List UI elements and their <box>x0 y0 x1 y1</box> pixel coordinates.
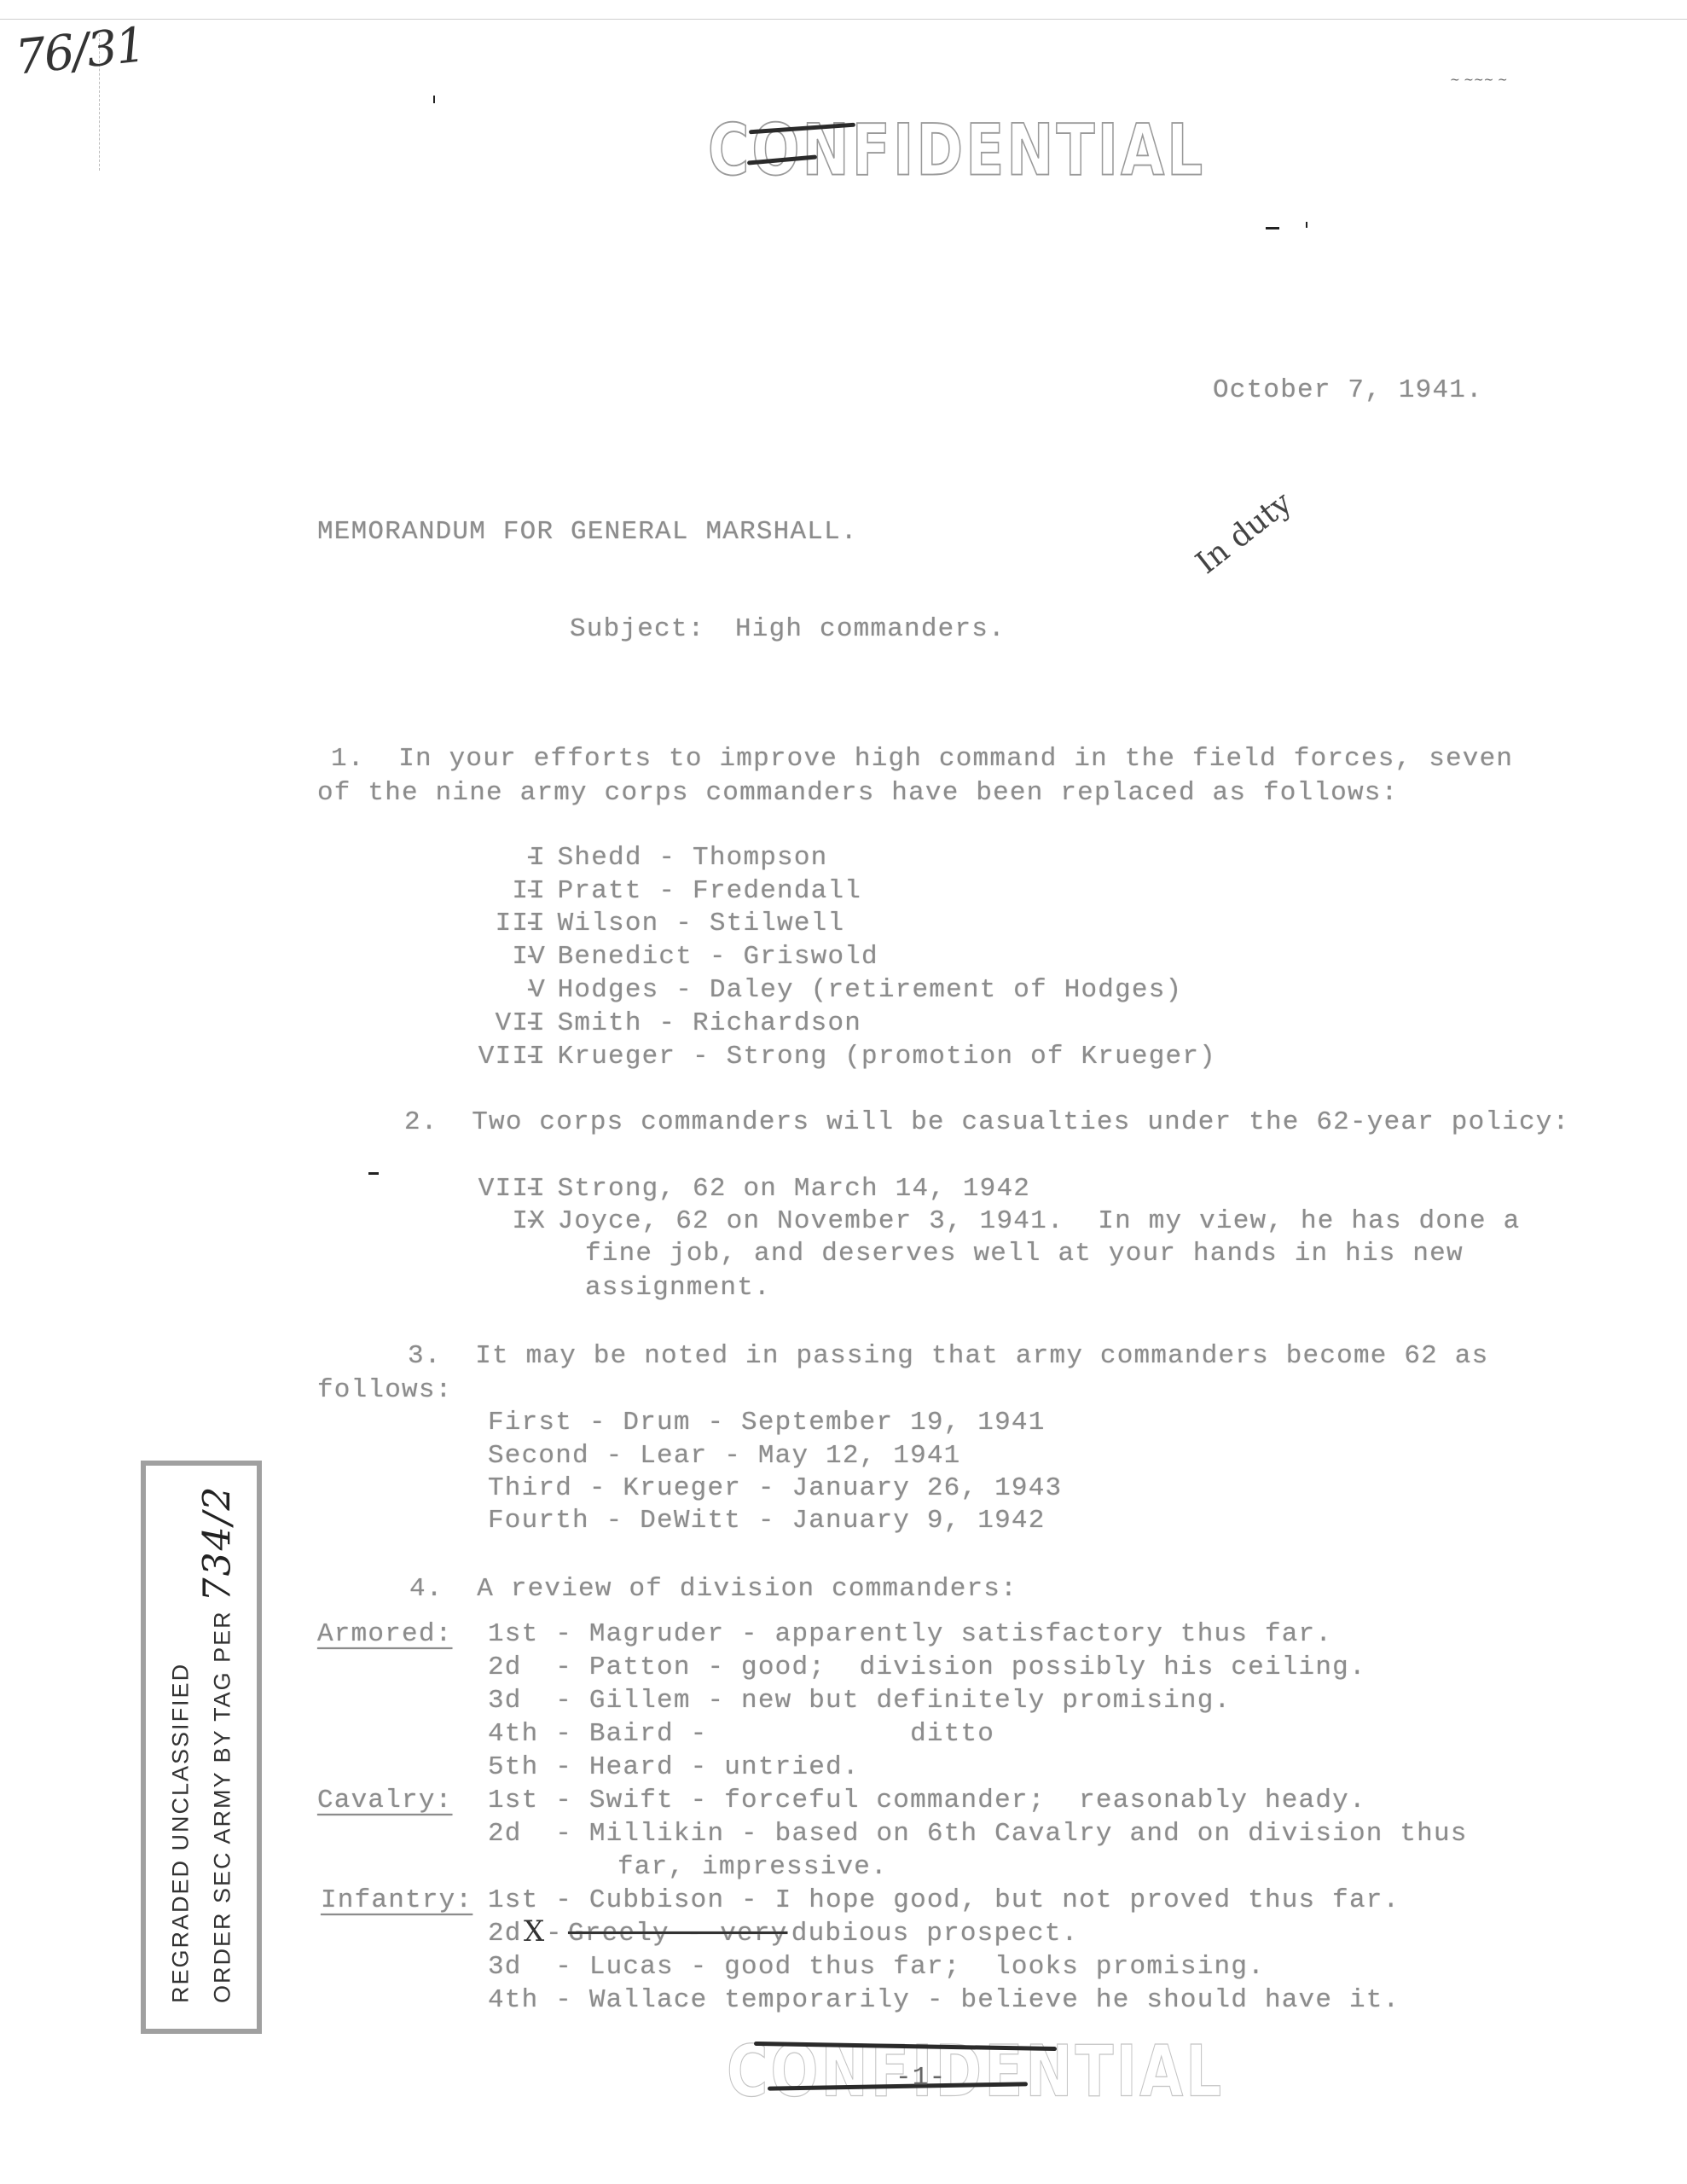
casualty-entry-cont: assignment. <box>585 1273 771 1303</box>
para1-line1: 1. In your efforts to improve high comma… <box>331 744 1513 774</box>
page-number: -1- <box>896 2063 946 2093</box>
pencil-mark <box>1306 222 1307 228</box>
subject-text: High commanders. <box>735 614 1006 644</box>
corps-change: - Smith - Richardson <box>524 1008 861 1038</box>
memo-addressee: MEMORANDUM FOR GENERAL MARSHALL. <box>317 517 858 547</box>
memo-date: October 7, 1941. <box>1213 375 1483 405</box>
dash: - <box>546 1919 563 1949</box>
division-entry: 2d - Patton - good; division possibly hi… <box>488 1653 1366 1682</box>
division-entry: 5th - Heard - untried. <box>488 1752 860 1782</box>
army-commander-entry: Second - Lear - May 12, 1941 <box>488 1441 961 1471</box>
division-entry: 1st - Magruder - apparently satisfactory… <box>488 1619 1332 1649</box>
division-entry: 1st - Swift - forceful commander; reason… <box>488 1786 1366 1815</box>
para4-line1: 4. A review of division commanders: <box>409 1574 1017 1604</box>
regrade-handwritten-number: 734/2 <box>196 1485 240 1602</box>
infantry-label: Infantry: <box>321 1885 472 1915</box>
division-entry: 2d - Millikin - based on 6th Cavalry and… <box>488 1819 1468 1849</box>
marginal-handwritten-note: In duty <box>1190 485 1299 581</box>
para3-line2: follows: <box>317 1375 452 1405</box>
memo-page: 76/31 ~ ~~~ ~ CONFIDENTIAL October 7, 19… <box>0 0 1687 2184</box>
corps-change: - Hodges - Daley (retirement of Hodges) <box>524 975 1182 1005</box>
casualty-entry: - Strong, 62 on March 14, 1942 <box>524 1174 1030 1204</box>
regrade-order-text: ORDER SEC ARMY BY TAG PER <box>210 1610 235 2003</box>
division-entry: 4th - Baird - ditto <box>488 1719 994 1749</box>
casualty-entry-cont: fine job, and deserves well at your hand… <box>585 1239 1464 1269</box>
army-commander-entry: First - Drum - September 19, 1941 <box>488 1408 1046 1438</box>
confidential-stamp-top: CONFIDENTIAL <box>708 109 1205 191</box>
handwritten-x-mark: X <box>524 1914 544 1949</box>
corps-change: - Shedd - Thompson <box>524 843 827 873</box>
army-commander-entry: Third - Krueger - January 26, 1943 <box>488 1473 1062 1503</box>
subject-label: Subject: <box>570 614 704 644</box>
para2-line1: 2. Two corps commanders will be casualti… <box>404 1107 1569 1137</box>
division-entry: 3d - Gillem - new but definitely promisi… <box>488 1686 1231 1716</box>
scan-top-edge <box>0 0 1687 20</box>
division-entry: 3d - Lucas - good thus far; looks promis… <box>488 1952 1265 1982</box>
pencil-mark <box>368 1172 379 1175</box>
cavalry-label: Cavalry: <box>317 1786 452 1815</box>
army-commander-entry: Fourth - DeWitt - January 9, 1942 <box>488 1506 1046 1536</box>
regraded-unclassified-stamp: REGRADED UNCLASSIFIED ORDER SEC ARMY BY … <box>141 1461 262 2034</box>
regrade-line-1: REGRADED UNCLASSIFIED <box>162 1474 200 2020</box>
division-entry-rest: dubious prospect. <box>774 1919 1078 1949</box>
armored-label: Armored: <box>317 1619 452 1649</box>
struck-out-name: Greely - very <box>568 1919 787 1949</box>
division-ordinal: 2d <box>488 1919 522 1949</box>
corps-change: - Wilson - Stilwell <box>524 909 844 938</box>
para1-line2: of the nine army corps commanders have b… <box>317 778 1398 808</box>
pencil-mark <box>433 96 435 103</box>
pencil-mark <box>1266 227 1279 229</box>
para3-line1: 3. It may be noted in passing that army … <box>408 1341 1488 1371</box>
division-entry-cont: far, impressive. <box>617 1852 888 1882</box>
casualty-entry: - Joyce, 62 on November 3, 1941. In my v… <box>524 1206 1520 1236</box>
file-number-annotation: 76/31 <box>13 17 147 85</box>
corps-change: - Krueger - Strong (promotion of Krueger… <box>524 1042 1216 1072</box>
regrade-line-2: ORDER SEC ARMY BY TAG PER734/2 <box>200 1474 241 2020</box>
corps-change: - Pratt - Fredendall <box>524 876 861 906</box>
division-entry: 1st - Cubbison - I hope good, but not pr… <box>488 1885 1400 1915</box>
division-entry: 4th - Wallace temporarily - believe he s… <box>488 1985 1400 2015</box>
corps-change: - Benedict - Griswold <box>524 942 878 972</box>
top-right-scribble: ~ ~~~ ~ <box>1450 73 1508 87</box>
